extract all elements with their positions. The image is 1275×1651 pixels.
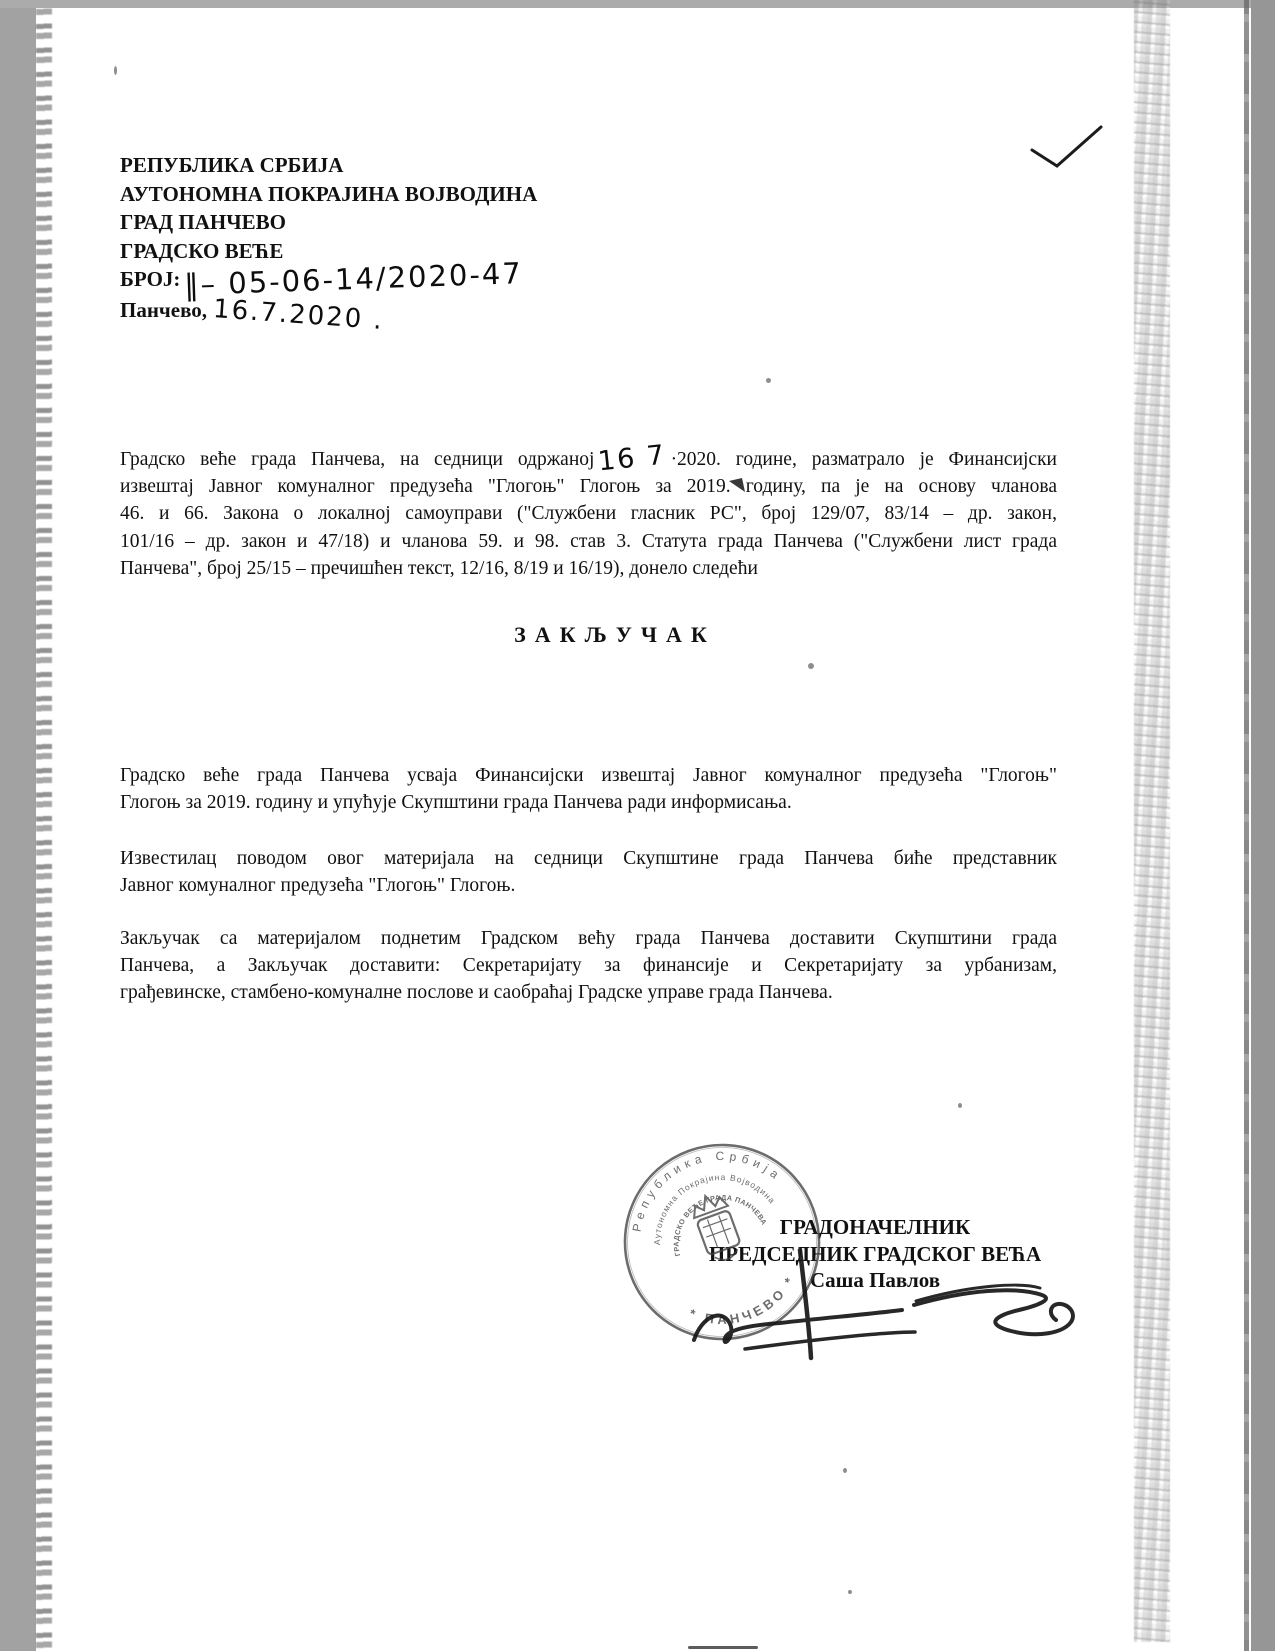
handwritten-signature	[694, 1250, 1073, 1358]
pen-marks-overlay	[0, 0, 1275, 1651]
pen-arrow-mark	[729, 478, 745, 492]
scanned-document-page: РЕПУБЛИКА СРБИЈА АУТОНОМНА ПОКРАЈИНА ВОЈ…	[0, 0, 1275, 1651]
pen-checkmark	[1032, 127, 1101, 166]
